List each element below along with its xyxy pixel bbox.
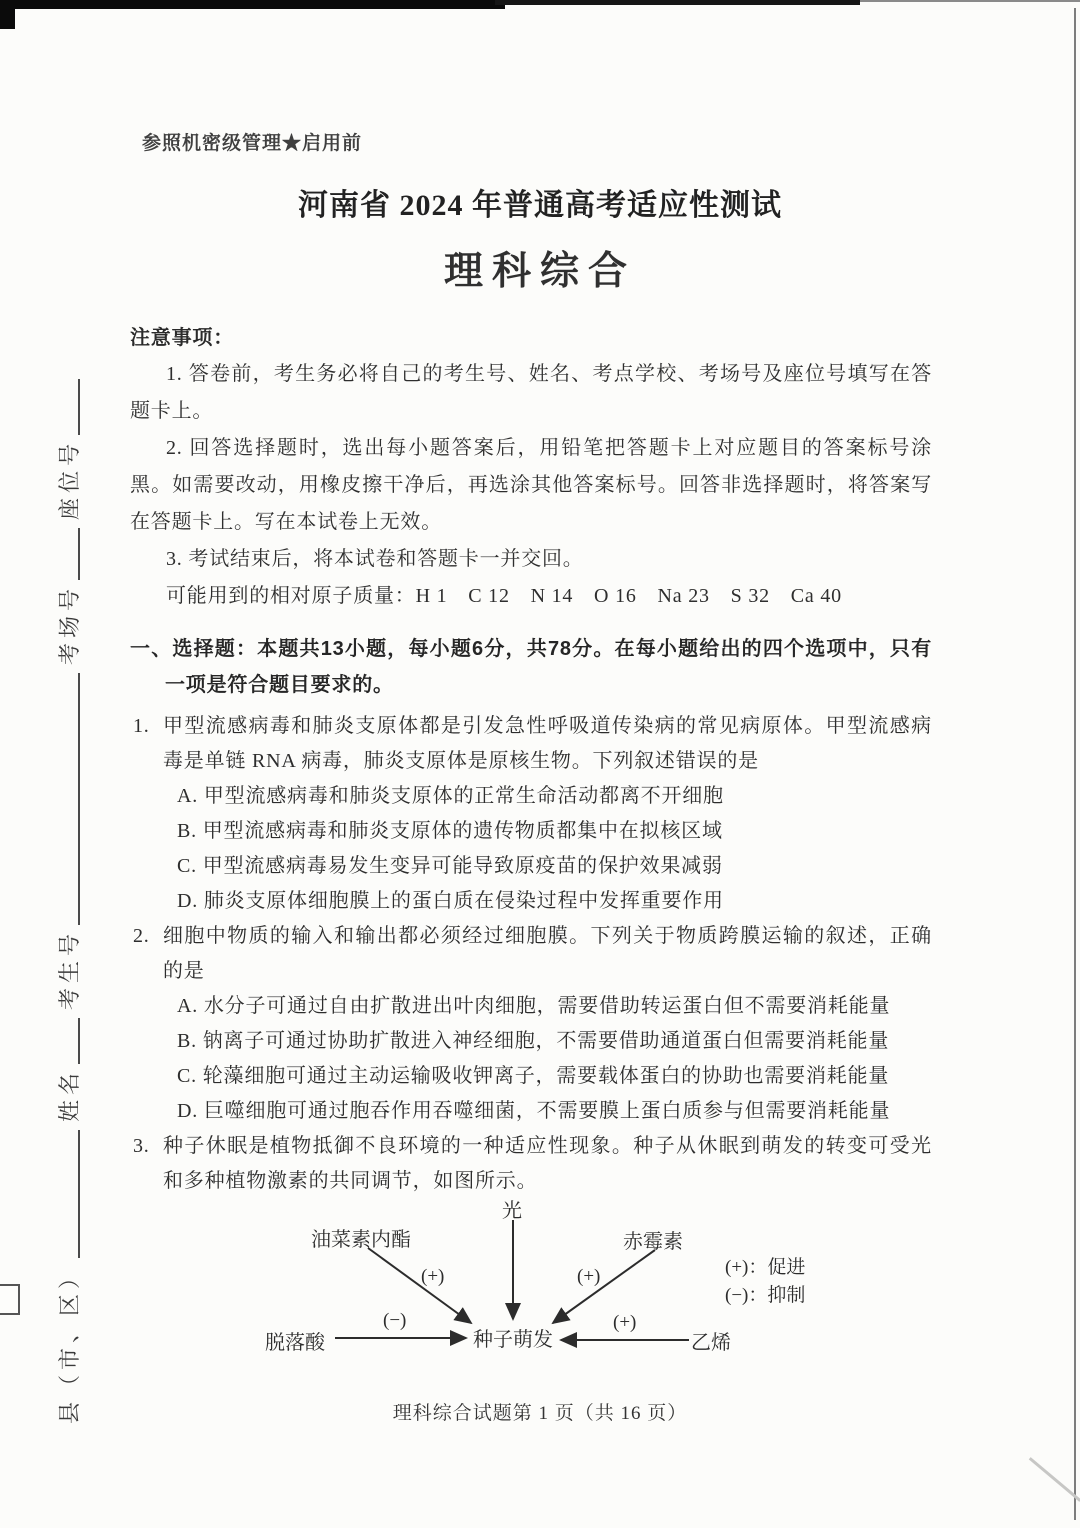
exam-body: 注意事项： 1. 答卷前，考生务必将自己的考生号、姓名、考点学校、考场号及座位号…: [130, 320, 932, 1199]
seed-germination-diagram: 光 油菜素内酯 赤霉素 (+) (+) 脱落酸 (−) 种子萌发 (+) 乙烯 …: [255, 1192, 835, 1364]
classification-note: 参照机密级管理★启用前: [142, 128, 362, 155]
node-light: 光: [502, 1194, 522, 1223]
option-b: B. 甲型流感病毒和肺炎支原体的遗传物质都集中在拟核区域: [130, 814, 932, 849]
question-number: 2.: [133, 919, 150, 954]
node-aba: 脱落酸: [265, 1326, 325, 1355]
option-c: C. 轮藻细胞可通过主动运输吸收钾离子，需要载体蛋白的协助也需要消耗能量: [130, 1059, 932, 1094]
notice-item-2: 2. 回答选择题时，选出每小题答案后，用铅笔把答题卡上对应题目的答案标号涂黑。如…: [130, 430, 932, 541]
field-label-name: 姓名: [54, 1068, 86, 1122]
option-d: D. 巨噬细胞可通过胞吞作用吞噬细菌，不需要膜上蛋白质参与但需要消耗能量: [130, 1094, 932, 1129]
section-heading: 一、选择题：本题共13小题，每小题6分，共78分。在每小题给出的四个选项中，只有…: [130, 631, 932, 703]
legend-promote: (+)：促进: [725, 1252, 805, 1279]
option-a: A. 水分子可通过自由扩散进出叶肉细胞，需要借助转运蛋白但不需要消耗能量: [130, 989, 932, 1024]
field-label-room-number: 考场号: [54, 584, 86, 665]
atomic-masses-line: 可能用到的相对原子质量：H 1 C 12 N 14 O 16 Na 23 S 3…: [130, 578, 932, 615]
fill-blank-seat-number: [54, 379, 80, 435]
fill-blank-name: [54, 1018, 80, 1064]
field-label-seat-number: 座位号: [54, 439, 86, 520]
scan-top-band: [495, 0, 860, 5]
fill-blank-county: [54, 1130, 80, 1258]
option-d: D. 肺炎支原体细胞膜上的蛋白质在侵染过程中发挥重要作用: [130, 884, 932, 919]
scan-right-edge-line: [1074, 8, 1076, 1520]
edge-label-aba: (−): [383, 1310, 406, 1332]
question-1: 1.甲型流感病毒和肺炎支原体都是引发急性呼吸道传染病的常见病原体。甲型流感病毒是…: [130, 709, 932, 919]
fill-blank-room-number: [54, 528, 80, 580]
field-label-county: 县（市、区）: [54, 1262, 86, 1424]
notice-heading: 注意事项：: [130, 320, 932, 356]
scan-corner-mark: [0, 0, 15, 29]
question-stem-text: 种子休眠是植物抵御不良环境的一种适应性现象。种子从休眠到萌发的转变可受光和多种植…: [163, 1135, 932, 1192]
page-footer: 理科综合试题第 1 页（共 16 页）: [0, 1398, 1080, 1425]
exam-paper-page: 参照机密级管理★启用前 河南省 2024 年普通高考适应性测试 理科综合 注意事…: [0, 0, 1080, 1528]
node-gibberellin: 赤霉素: [623, 1225, 683, 1254]
scan-top-band: [0, 0, 505, 9]
page-title: 河南省 2024 年普通高考适应性测试: [0, 180, 1080, 224]
edge-checkbox-mark: [0, 1284, 20, 1315]
scan-smudge: [1029, 1457, 1080, 1502]
field-label-candidate-number: 考生号: [54, 929, 86, 1010]
question-stem: 3.种子休眠是植物抵御不良环境的一种适应性现象。种子从休眠到萌发的转变可受光和多…: [130, 1129, 932, 1199]
question-stem-text: 甲型流感病毒和肺炎支原体都是引发急性呼吸道传染病的常见病原体。甲型流感病毒是单链…: [163, 715, 932, 772]
node-ethylene: 乙烯: [691, 1326, 731, 1355]
edge-label-ethylene: (+): [613, 1312, 636, 1334]
notice-item-3: 3. 考试结束后，将本试卷和答题卡一并交回。: [130, 541, 932, 578]
arrow-gibberellin-to-germination-icon: [553, 1250, 655, 1323]
option-c: C. 甲型流感病毒易发生变异可能导致原疫苗的保护效果减弱: [130, 849, 932, 884]
edge-label-gibberellin: (+): [577, 1266, 600, 1288]
edge-label-brassinolide: (+): [421, 1266, 444, 1288]
question-number: 3.: [133, 1129, 150, 1164]
node-germination: 种子萌发: [473, 1323, 553, 1352]
question-stem: 2.细胞中物质的输入和输出都必须经过细胞膜。下列关于物质跨膜运输的叙述，正确的是: [130, 919, 932, 989]
question-3: 3.种子休眠是植物抵御不良环境的一种适应性现象。种子从休眠到萌发的转变可受光和多…: [130, 1129, 932, 1199]
question-2: 2.细胞中物质的输入和输出都必须经过细胞膜。下列关于物质跨膜运输的叙述，正确的是…: [130, 919, 932, 1129]
option-a: A. 甲型流感病毒和肺炎支原体的正常生命活动都离不开细胞: [130, 779, 932, 814]
notice-item-1: 1. 答卷前，考生务必将自己的考生号、姓名、考点学校、考场号及座位号填写在答题卡…: [130, 356, 932, 430]
fill-blank-candidate-number: [54, 673, 80, 925]
question-number: 1.: [133, 709, 150, 744]
question-stem-text: 细胞中物质的输入和输出都必须经过细胞膜。下列关于物质跨膜运输的叙述，正确的是: [163, 925, 932, 982]
subject-title: 理科综合: [0, 240, 1080, 296]
legend-inhibit: (−)：抑制: [725, 1280, 805, 1307]
option-b: B. 钠离子可通过协助扩散进入神经细胞，不需要借助通道蛋白但需要消耗能量: [130, 1024, 932, 1059]
question-stem: 1.甲型流感病毒和肺炎支原体都是引发急性呼吸道传染病的常见病原体。甲型流感病毒是…: [130, 709, 932, 779]
node-brassinolide: 油菜素内酯: [311, 1223, 411, 1252]
margin-fill-in-strip: 县（市、区） 姓名 考生号 考场号 座位号: [54, 202, 88, 1424]
